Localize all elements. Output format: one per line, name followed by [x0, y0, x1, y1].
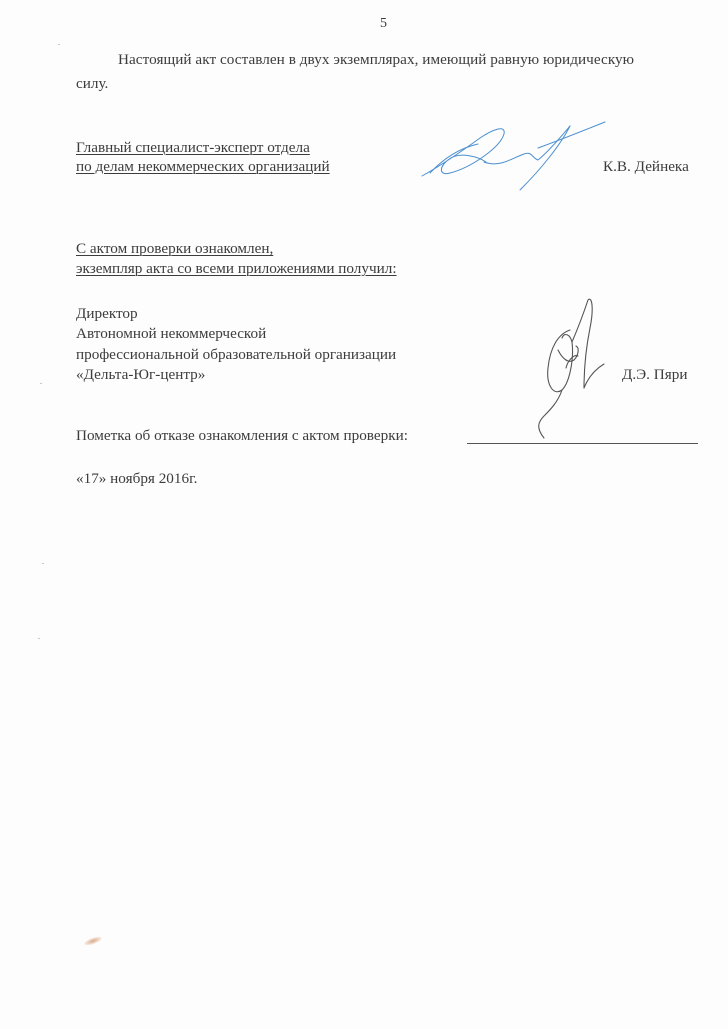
inspector-title-line2: по делам некоммерческих организаций: [76, 158, 330, 176]
refusal-blank-line: [467, 443, 698, 444]
recipient-org-line2: профессиональной образовательной организ…: [76, 346, 396, 364]
closing-statement-line1: Настоящий акт составлен в двух экземпляр…: [118, 51, 634, 69]
scan-speck: [40, 383, 42, 384]
recipient-org-line3: «Дельта-Юг-центр»: [76, 366, 205, 384]
closing-statement-line2: силу.: [76, 75, 108, 93]
recipient-position: Директор: [76, 305, 138, 323]
refusal-label: Пометка об отказе ознакомления с актом п…: [76, 427, 408, 445]
document-date: «17» ноября 2016г.: [76, 470, 197, 488]
scan-speck: [58, 44, 60, 45]
scan-speck: [38, 638, 40, 639]
page-number: 5: [380, 16, 387, 32]
recipient-signature-icon: [528, 298, 618, 443]
inspector-name: К.В. Дейнека: [603, 158, 689, 176]
scan-speck: [42, 563, 44, 564]
inspector-signature-icon: [420, 118, 610, 188]
recipient-name: Д.Э. Пяри: [622, 366, 687, 384]
inspector-title-line1: Главный специалист-эксперт отдела: [76, 139, 310, 157]
acknowledgement-line2: экземпляр акта со всеми приложениями пол…: [76, 260, 397, 278]
scan-smudge: [84, 935, 103, 947]
acknowledgement-line1: С актом проверки ознакомлен,: [76, 240, 273, 258]
recipient-org-line1: Автономной некоммерческой: [76, 325, 266, 343]
